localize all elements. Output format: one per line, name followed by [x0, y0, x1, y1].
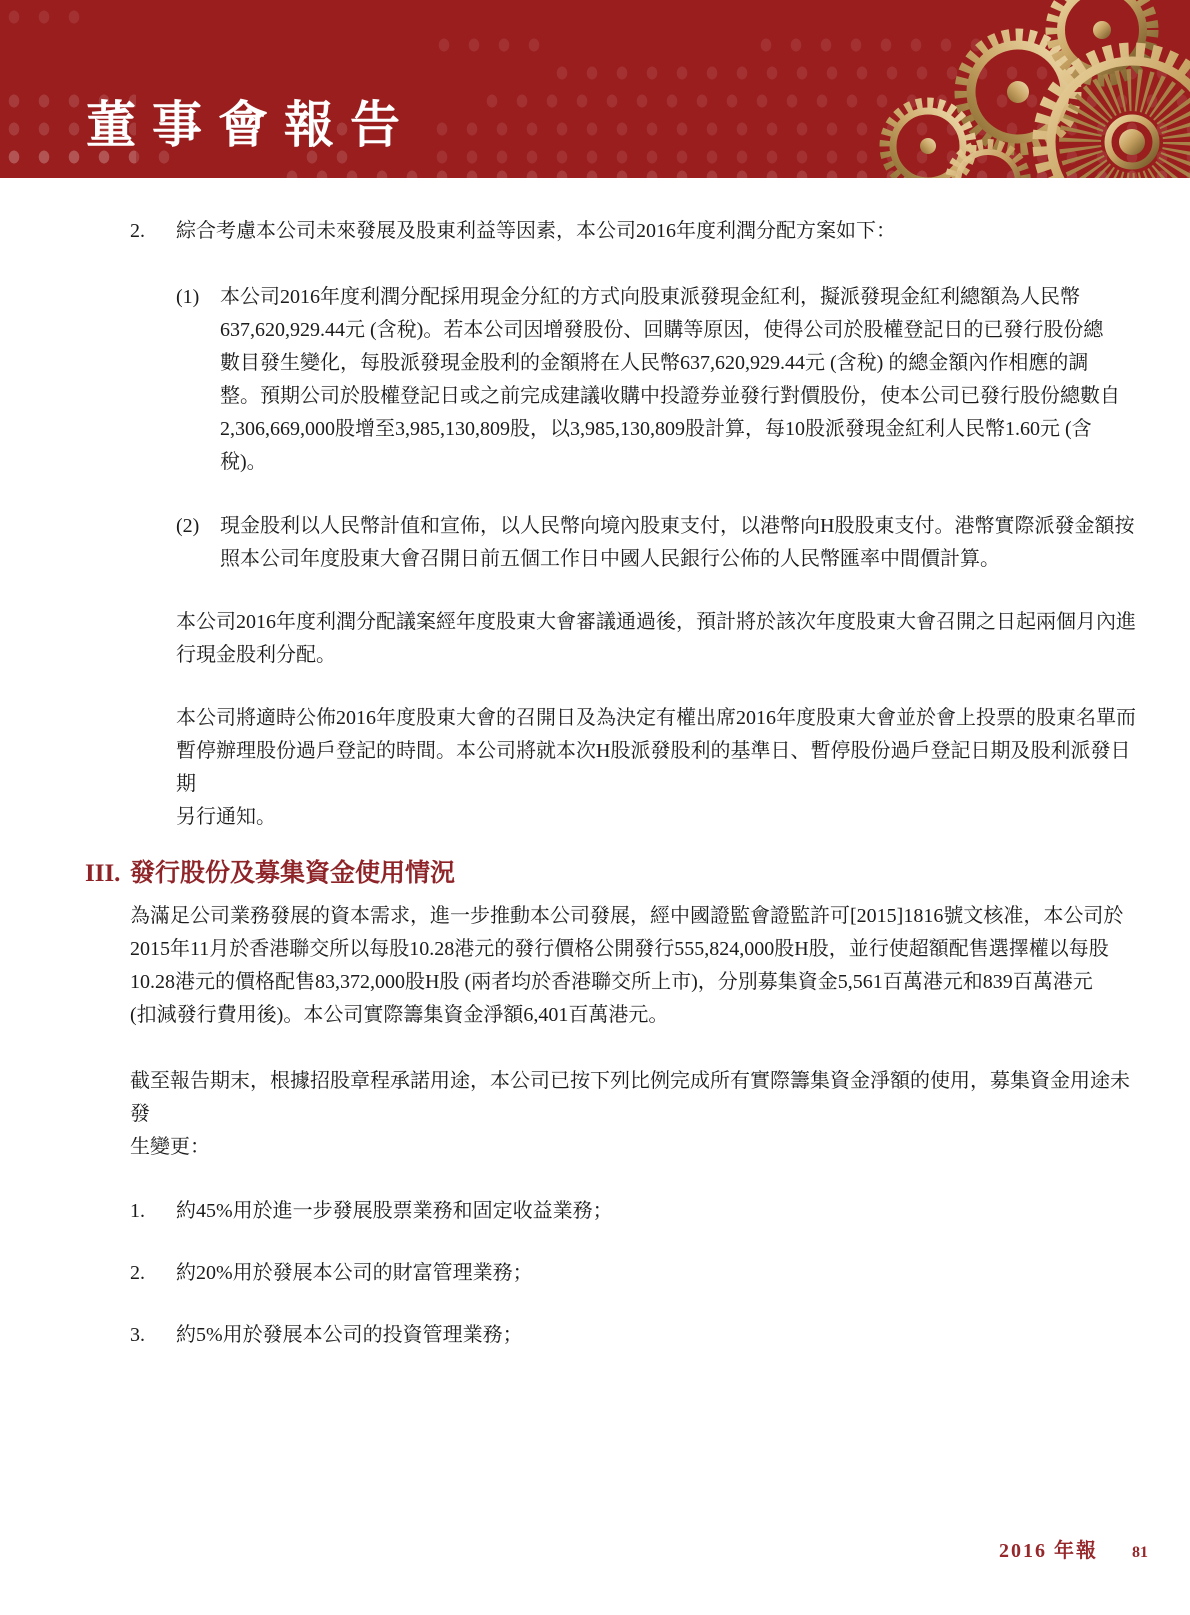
item-number: 2. [130, 215, 176, 248]
issuance-paragraph: 截至報告期末，根據招股章程承諾用途，本公司已按下列比例完成所有實際籌集資金淨額的… [130, 1065, 1142, 1164]
dividend-sub-item-2: (2) 現金股利以人民幣計值和宣佈，以人民幣向境內股東支付，以港幣向H股股東支付… [0, 510, 1190, 576]
gears-icon [870, 0, 1190, 178]
page-header: 董事會報告 [0, 0, 1190, 178]
dividend-paragraph: 本公司將適時公佈2016年度股東大會的召開日及為決定有權出席2016年度股東大會… [176, 702, 1140, 834]
sub-item-number: (2) [176, 510, 220, 543]
list-item-number: 1. [130, 1195, 176, 1228]
section-title: 發行股份及募集資金使用情況 [130, 856, 455, 892]
report-page: 董事會報告 2. 綜合考慮本公司未來發展及股東利益等因素，本公司2016年度利潤… [0, 0, 1190, 1615]
report-year-label: 2016 年報 [999, 1540, 1098, 1562]
page-title: 董事會報告 [86, 98, 416, 153]
proceeds-list-item: 3. 約5%用於發展本公司的投資管理業務； [0, 1319, 1190, 1352]
list-item-number: 3. [130, 1319, 176, 1352]
dividend-sub-item-1: (1) 本公司2016年度利潤分配採用現金分紅的方式向股東派發現金紅利，擬派發現… [0, 281, 1190, 479]
sub-item-text: 本公司2016年度利潤分配採用現金分紅的方式向股東派發現金紅利，擬派發現金紅利總… [220, 281, 1140, 479]
list-item-text: 約45%用於進一步發展股票業務和固定收益業務； [176, 1195, 1140, 1228]
dividend-intro-text: 綜合考慮本公司未來發展及股東利益等因素，本公司2016年度利潤分配方案如下： [176, 215, 1140, 248]
section-numeral: III. [85, 856, 130, 892]
dot-pattern [430, 32, 548, 58]
list-item-text: 約20%用於發展本公司的財富管理業務； [176, 1257, 1140, 1290]
proceeds-list-item: 1. 約45%用於進一步發展股票業務和固定收益業務； [0, 1195, 1190, 1228]
issuance-paragraph: 為滿足公司業務發展的資本需求，進一步推動本公司發展，經中國證監會證監許可[201… [130, 900, 1142, 1032]
list-item-number: 2. [130, 1257, 176, 1290]
dividend-item: 2. 綜合考慮本公司未來發展及股東利益等因素，本公司2016年度利潤分配方案如下… [0, 215, 1190, 248]
proceeds-list-item: 2. 約20%用於發展本公司的財富管理業務； [0, 1257, 1190, 1290]
dividend-paragraph: 本公司2016年度利潤分配議案經年度股東大會審議通過後，預計將於該次年度股東大會… [176, 606, 1140, 672]
dot-pattern [0, 4, 98, 30]
report-body: 2. 綜合考慮本公司未來發展及股東利益等因素，本公司2016年度利潤分配方案如下… [0, 178, 1190, 1352]
sub-item-number: (1) [176, 281, 220, 314]
page-footer: 2016 年報 81 [999, 1534, 1148, 1563]
sub-item-text: 現金股利以人民幣計值和宣佈，以人民幣向境內股東支付，以港幣向H股股東支付。港幣實… [220, 510, 1140, 576]
list-item-text: 約5%用於發展本公司的投資管理業務； [176, 1319, 1140, 1352]
section-heading: III. 發行股份及募集資金使用情況 [0, 856, 1190, 892]
page-number: 81 [1132, 1544, 1148, 1561]
